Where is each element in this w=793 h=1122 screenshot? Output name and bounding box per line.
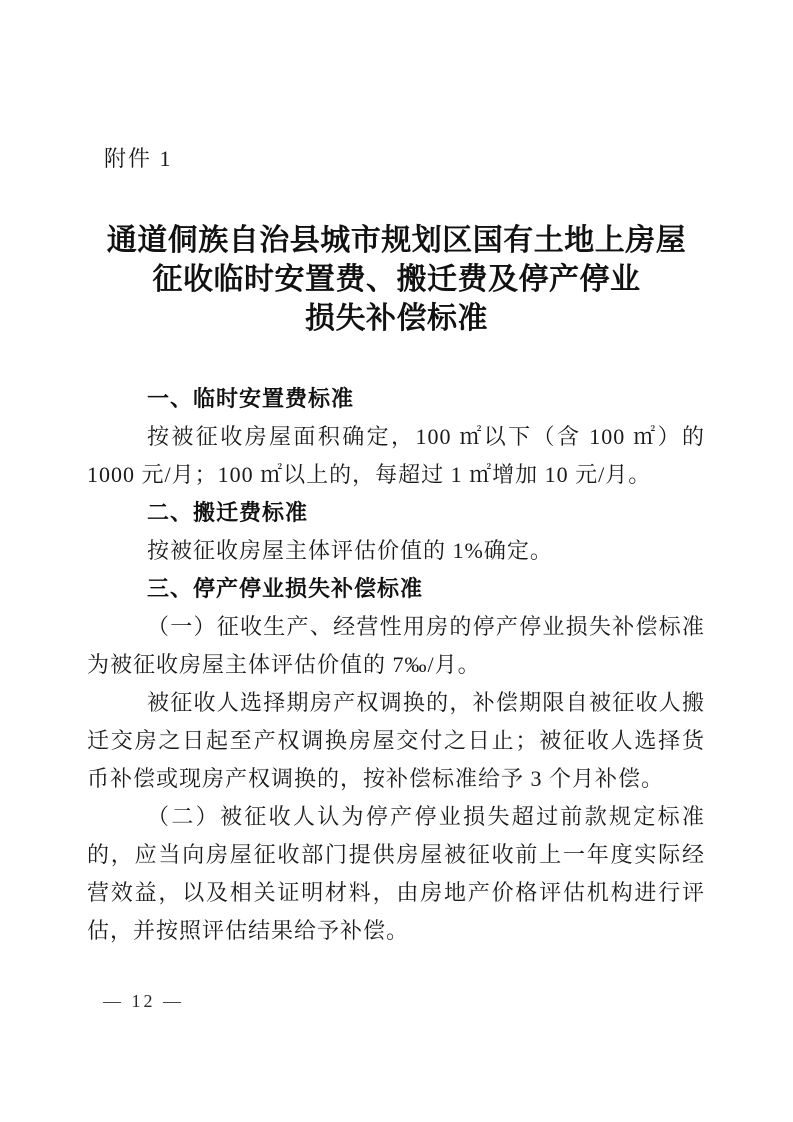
body-paragraph: 被征收人选择期房产权调换的，补偿期限自被征收人搬迁交房之日起至产权调换房屋交付之… bbox=[87, 684, 705, 798]
body-paragraph: 按被征收房屋面积确定，100 ㎡以下（含 100 ㎡）的 1000 元/月；10… bbox=[87, 418, 705, 494]
section-heading: 一、临时安置费标准 bbox=[87, 380, 705, 418]
attachment-label: 附件 1 bbox=[104, 142, 173, 173]
page-number: — 12 — bbox=[103, 991, 184, 1012]
body-paragraph: （一）征收生产、经营性用房的停产停业损失补偿标准为被征收房屋主体评估价值的 7‰… bbox=[87, 608, 705, 684]
body-paragraph: 按被征收房屋主体评估价值的 1%确定。 bbox=[87, 532, 705, 570]
document-title: 通道侗族自治县城市规划区国有土地上房屋 征收临时安置费、搬迁费及停产停业 损失补… bbox=[0, 221, 793, 338]
document-title-line-3: 损失补偿标准 bbox=[0, 299, 793, 338]
document-body: 一、临时安置费标准按被征收房屋面积确定，100 ㎡以下（含 100 ㎡）的 10… bbox=[87, 380, 705, 950]
document-title-line-2: 征收临时安置费、搬迁费及停产停业 bbox=[0, 260, 793, 299]
body-paragraph: （二）被征收人认为停产停业损失超过前款规定标准的，应当向房屋征收部门提供房屋被征… bbox=[87, 798, 705, 950]
section-heading: 二、搬迁费标准 bbox=[87, 494, 705, 532]
document-title-line-1: 通道侗族自治县城市规划区国有土地上房屋 bbox=[0, 221, 793, 260]
section-heading: 三、停产停业损失补偿标准 bbox=[87, 570, 705, 608]
document-page: 附件 1 通道侗族自治县城市规划区国有土地上房屋 征收临时安置费、搬迁费及停产停… bbox=[0, 0, 793, 1122]
